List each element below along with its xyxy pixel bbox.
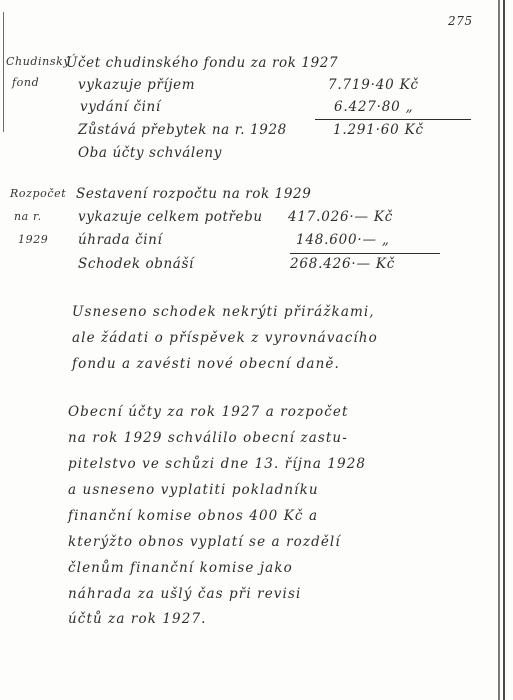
fund-row-label: Zůstává přebytek na r. 1928 — [78, 122, 287, 138]
budget-heading: Sestavení rozpočtu na rok 1929 — [76, 186, 311, 202]
approval-line: finanční komise obnos 400 Kč a — [68, 508, 318, 524]
approval-line: kterýžto obnos vyplatí se a rozdělí — [68, 534, 341, 550]
approval-line: náhrada za ušlý čas při revisi — [68, 586, 301, 602]
page-number: 275 — [448, 14, 473, 28]
fund-row-amount: 6.427·80 „ — [334, 99, 413, 115]
fund-heading: Účet chudinského fondu za rok 1927 — [66, 55, 338, 71]
resolution-line: fondu a zavésti nové obecní daně. — [72, 356, 340, 372]
budget-row-amount: 268.426·— Kč — [290, 256, 395, 272]
fund-row-label: vydání činí — [80, 99, 161, 115]
approval-line: a usneseno vyplatiti pokladníku — [68, 482, 319, 498]
budget-row-amount: 148.600·— „ — [296, 232, 390, 248]
fund-row-amount: 1.291·60 Kč — [333, 122, 424, 138]
margin-note-budget-1: Rozpočet — [10, 187, 66, 200]
margin-note-budget-2: na r. — [14, 210, 42, 223]
budget-row-amount: 417.026·— Kč — [288, 209, 393, 225]
margin-note-fund-2: fond — [12, 76, 39, 89]
fund-row-label: vykazuje příjem — [78, 77, 195, 93]
resolution-line: ale žádati o příspěvek z vyrovnávacího — [72, 330, 378, 346]
margin-note-budget-3: 1929 — [18, 233, 48, 246]
left-margin-rule — [3, 12, 4, 132]
budget-row-label: vykazuje celkem potřebu — [78, 209, 263, 225]
approval-line: na rok 1929 schválilo obecní zastu- — [68, 430, 348, 446]
page-edge-rule — [498, 0, 500, 700]
budget-row-label: úhrada činí — [78, 232, 162, 248]
sum-line — [315, 119, 471, 120]
page-binding-edge — [503, 0, 505, 700]
approval-line: členům finanční komise jako — [68, 560, 293, 576]
fund-closing-note: Oba účty schváleny — [78, 145, 222, 161]
budget-row-label: Schodek obnáší — [78, 256, 194, 272]
chronicle-page: 275 Chudinský fond Účet chudinského fond… — [0, 0, 513, 700]
approval-line: účtů za rok 1927. — [68, 611, 207, 627]
fund-row-amount: 7.719·40 Kč — [328, 77, 419, 93]
sum-line — [290, 253, 440, 254]
margin-note-fund-1: Chudinský — [6, 55, 70, 68]
approval-line: Obecní účty za rok 1927 a rozpočet — [68, 404, 349, 420]
approval-line: pitelstvo ve schůzi dne 13. října 1928 — [68, 456, 366, 472]
resolution-line: Usneseno schodek nekrýti přirážkami, — [72, 304, 375, 320]
